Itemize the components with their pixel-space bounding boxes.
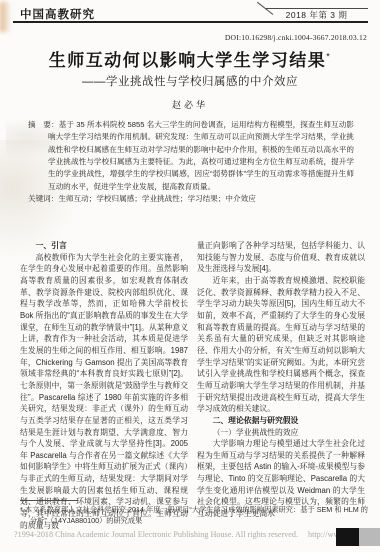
cnki-copyright-line: ?1994-2018 China Academic Journal Electr… — [14, 530, 380, 539]
paragraph-introduction: 高校教师作为大学生社会化的主要实施者，在学生的身心发展中起着重要的作用。虽然影响… — [20, 252, 188, 532]
page-corner-badge — [359, 528, 380, 546]
body-column-right: 量正向影响了各种学习结果，包括学科能力、认知技能与智力发展、态度与价值观、教育成… — [197, 240, 365, 520]
section-heading-introduction: 一、引言 — [20, 240, 188, 252]
journal-name: 中国高教研究 — [20, 6, 95, 22]
subsection-heading-academic-challenge: （一）学业挑战性的效应 — [197, 427, 365, 439]
journal-page-scan: 中国高教研究 2018 年第 3 期 DOI:10.16298/j.cnki.1… — [0, 0, 380, 552]
abstract-text: 基于 35 所本科院校 5855 名大三学生的问卷调查，运用结构方程模型，探查生… — [48, 120, 354, 191]
keywords-label: 关键词： — [28, 194, 58, 203]
section-heading-theory: 二、理论依据与研究假设 — [197, 415, 365, 427]
footnote-text: 本文系教育部人文社会科学研究 2014 年度一般项目“大学生学习成效的影响因素研… — [23, 505, 368, 525]
article-title: 生师互动何以影响大学生学习结果* — [0, 46, 380, 71]
article-author: 赵必华 — [0, 98, 380, 111]
title-footnote-mark: * — [326, 51, 331, 61]
abstract-block: 摘 要：基于 35 所本科院校 5855 名大三学生的问卷调查，运用结构方程模型… — [28, 119, 354, 205]
keywords-text: 生师互动；学校归属感；学业挑战性；学习结果；中介效应 — [58, 194, 255, 203]
doi: DOI:10.16298/j.cnki.1004-3667.2018.03.12 — [225, 33, 367, 42]
footnote: * 本文系教育部人文社会科学研究 2014 年度一般项目“大学生学习成效的影响因… — [20, 504, 368, 526]
copyright-text: ?1994-2018 China Academic Journal Electr… — [14, 530, 298, 539]
body-column-left: 一、引言 高校教师作为大学生社会化的主要实施者，在学生的身心发展中起着重要的作用… — [20, 240, 188, 531]
scan-artifact-corner — [0, 2, 11, 32]
header-rule — [13, 21, 368, 23]
abstract-label: 摘 要： — [28, 120, 59, 129]
footnote-text-wrap: * 本文系教育部人文社会科学研究 2014 年度一般项目“大学生学习成效的影响因… — [20, 504, 368, 526]
paragraph-recent-years: 近年来，由于高等教育规模激增、院校职能泛化、教学资源稀释、教师教学精力投入不足、… — [197, 275, 365, 415]
keywords-line: 关键词：生师互动；学校归属感；学业挑战性；学习结果；中介效应 — [28, 193, 354, 205]
article-title-text: 生师互动何以影响大学生学习结果 — [49, 51, 327, 70]
issue-label: 2018 年第 3 期 — [269, 9, 364, 21]
footnote-divider — [20, 500, 78, 501]
paragraph-continuation: 量正向影响了各种学习结果，包括学科能力、认知技能与智力发展、态度与价值观、教育成… — [197, 240, 365, 275]
article-subtitle: ——学业挑战性与学校归属感的中介效应 — [0, 73, 380, 89]
abstract-paragraph: 摘 要：基于 35 所本科院校 5855 名大三学生的问卷调查，运用结构方程模型… — [28, 119, 354, 193]
cnki-logo-badge — [336, 528, 359, 546]
